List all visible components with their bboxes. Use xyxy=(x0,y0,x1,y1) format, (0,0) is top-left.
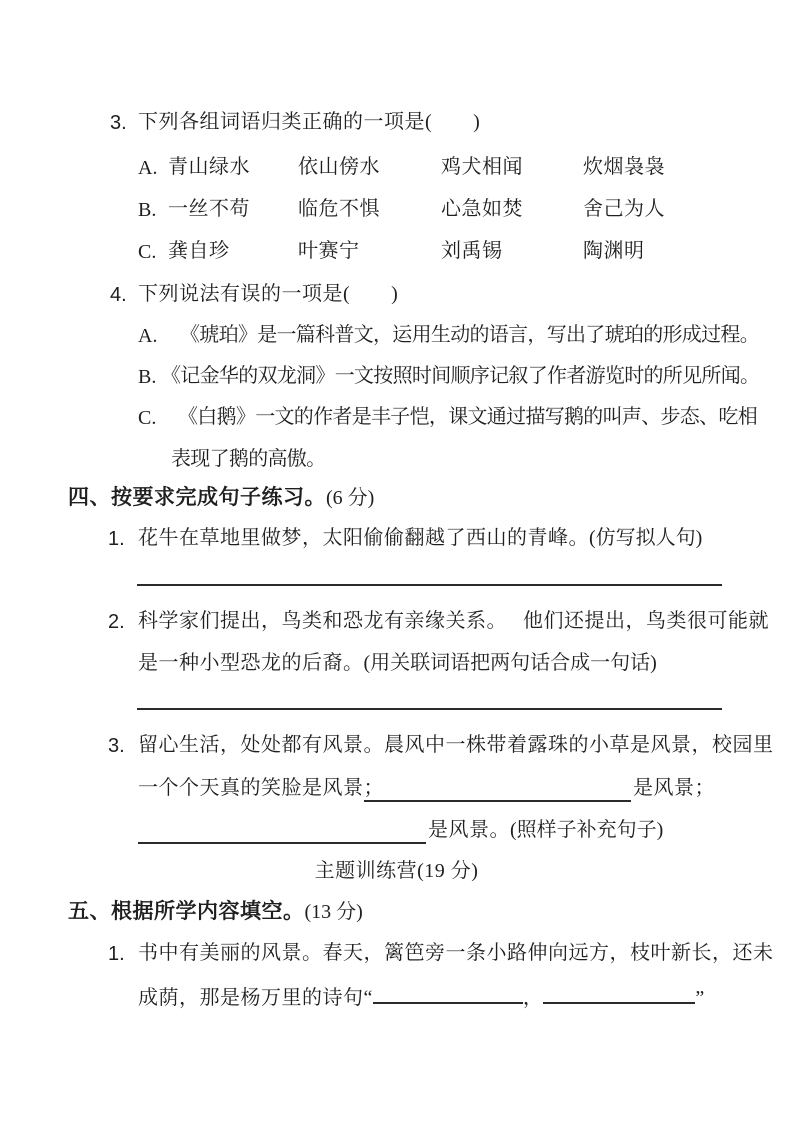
s4-item-1-answer-blank xyxy=(137,584,722,586)
q3-option-b-word-1: 一丝不苟 xyxy=(168,196,250,222)
section-4-title: 四、按要求完成句子练习。 xyxy=(68,486,326,509)
s4-item-3-ending: 是风景。 xyxy=(428,819,510,841)
q3-option-b-word-2: 临危不惧 xyxy=(298,196,380,222)
q3-option-b-word-3: 心急如焚 xyxy=(441,196,523,222)
q3-option-a-word-3: 鸡犬相闻 xyxy=(441,154,523,180)
s4-item-1-text: 花牛在草地里做梦，太阳偷偷翻越了西山的青峰。(仿写拟人句) xyxy=(138,525,702,551)
s4-item-3-answer-blank-2 xyxy=(138,842,426,844)
q4-option-a-label: A. xyxy=(138,323,157,349)
q3-option-a-word-2: 依山傍水 xyxy=(298,154,380,180)
exam-paper-page: 3. 下列各组词语归类正确的一项是( ) A. 青山绿水 依山傍水 鸡犬相闻 炊… xyxy=(0,0,793,1122)
section-5-heading: 五、根据所学内容填空。(13 分) xyxy=(68,898,363,925)
q4-option-a-text: 《琥珀》是一篇科普文，运用生动的语言，写出了琥珀的形成过程。 xyxy=(180,322,759,348)
s5-item-1-poem-blank-1 xyxy=(373,982,523,1004)
s5-item-1-line-1: 书中有美丽的风景。春天，篱笆旁一条小路伸向远方，枝叶新长，还未 xyxy=(138,940,774,966)
s4-item-1-number: 1. xyxy=(108,526,125,552)
s5-item-1-line-2: 成荫，那是杨万里的诗句“，” xyxy=(138,982,705,1011)
q3-option-b-word-4: 舍己为人 xyxy=(583,196,665,222)
s4-item-3-line-2-suffix: 是风景； xyxy=(633,775,715,801)
question-4-number: 4. xyxy=(110,282,127,308)
section-4-score: (6 分) xyxy=(326,487,374,509)
s4-item-1-note: (仿写拟人句) xyxy=(589,527,702,549)
s5-item-1-comma: ， xyxy=(523,987,544,1009)
q4-option-c-text-line-2: 表现了鹅的高傲。 xyxy=(171,446,325,472)
s4-item-2-sentence: 是一种小型恐龙的后裔。 xyxy=(138,652,364,674)
q3-option-a-word-1: 青山绿水 xyxy=(168,154,250,180)
q4-option-c-label: C. xyxy=(138,405,156,431)
q3-option-c-word-4: 陶渊明 xyxy=(583,238,645,264)
s5-item-1-poem-blank-2 xyxy=(543,982,695,1004)
section-5-title: 五、根据所学内容填空。 xyxy=(68,900,305,923)
s4-item-3-line-3-suffix: 是风景。(照样子补充句子) xyxy=(428,817,663,843)
q3-option-a-label: A. xyxy=(138,155,157,181)
s4-item-3-number: 3. xyxy=(108,733,125,759)
question-3-number: 3. xyxy=(110,110,127,136)
q3-option-c-word-1: 龚自珍 xyxy=(168,238,230,264)
s5-item-1-line-2-prefix: 成荫，那是杨万里的诗句“ xyxy=(138,987,373,1009)
theme-training-banner: 主题训练营(19 分) xyxy=(0,858,793,884)
s4-item-2-note: (用关联词语把两句话合成一句话) xyxy=(364,652,657,674)
q3-option-c-label: C. xyxy=(138,239,156,265)
section-4-heading: 四、按要求完成句子练习。(6 分) xyxy=(68,484,374,511)
question-3-stem: 下列各组词语归类正确的一项是( ) xyxy=(138,109,480,135)
section-5-score: (13 分) xyxy=(305,901,363,923)
q3-option-b-label: B. xyxy=(138,197,156,223)
s5-item-1-close-quote: ” xyxy=(695,987,704,1009)
q3-option-c-word-2: 叶赛宁 xyxy=(298,238,360,264)
s5-item-1-number: 1. xyxy=(108,941,125,967)
s4-item-3-note: (照样子补充句子) xyxy=(510,819,663,841)
s4-item-3-answer-blank-1 xyxy=(364,800,631,802)
s4-item-2-number: 2. xyxy=(108,609,125,635)
q3-option-c-word-3: 刘禹锡 xyxy=(441,238,503,264)
q3-option-a-word-4: 炊烟袅袅 xyxy=(583,154,665,180)
q4-option-b-text: 《记金华的双龙洞》一文按照时间顺序记叙了作者游览时的所见所闻。 xyxy=(161,363,759,389)
question-4-stem: 下列说法有误的一项是( ) xyxy=(138,281,398,307)
q4-option-c-text-line-1: 《白鹅》一文的作者是丰子恺，课文通过描写鹅的叫声、步态、吃相 xyxy=(178,404,757,430)
s4-item-3-line-2-prefix: 一个个天真的笑脸是风景； xyxy=(138,775,384,801)
q4-option-b-label: B. xyxy=(138,364,156,390)
s4-item-3-line-1: 留心生活，处处都有风景。晨风中一株带着露珠的小草是风景，校园里 xyxy=(138,732,774,758)
s4-item-1-sentence: 花牛在草地里做梦，太阳偷偷翻越了西山的青峰。 xyxy=(138,527,589,549)
s4-item-2-line-1: 科学家们提出，鸟类和恐龙有亲缘关系。 他们还提出，鸟类很可能就 xyxy=(138,608,769,634)
s4-item-2-line-2: 是一种小型恐龙的后裔。(用关联词语把两句话合成一句话) xyxy=(138,650,657,676)
s4-item-2-answer-blank xyxy=(137,708,722,710)
